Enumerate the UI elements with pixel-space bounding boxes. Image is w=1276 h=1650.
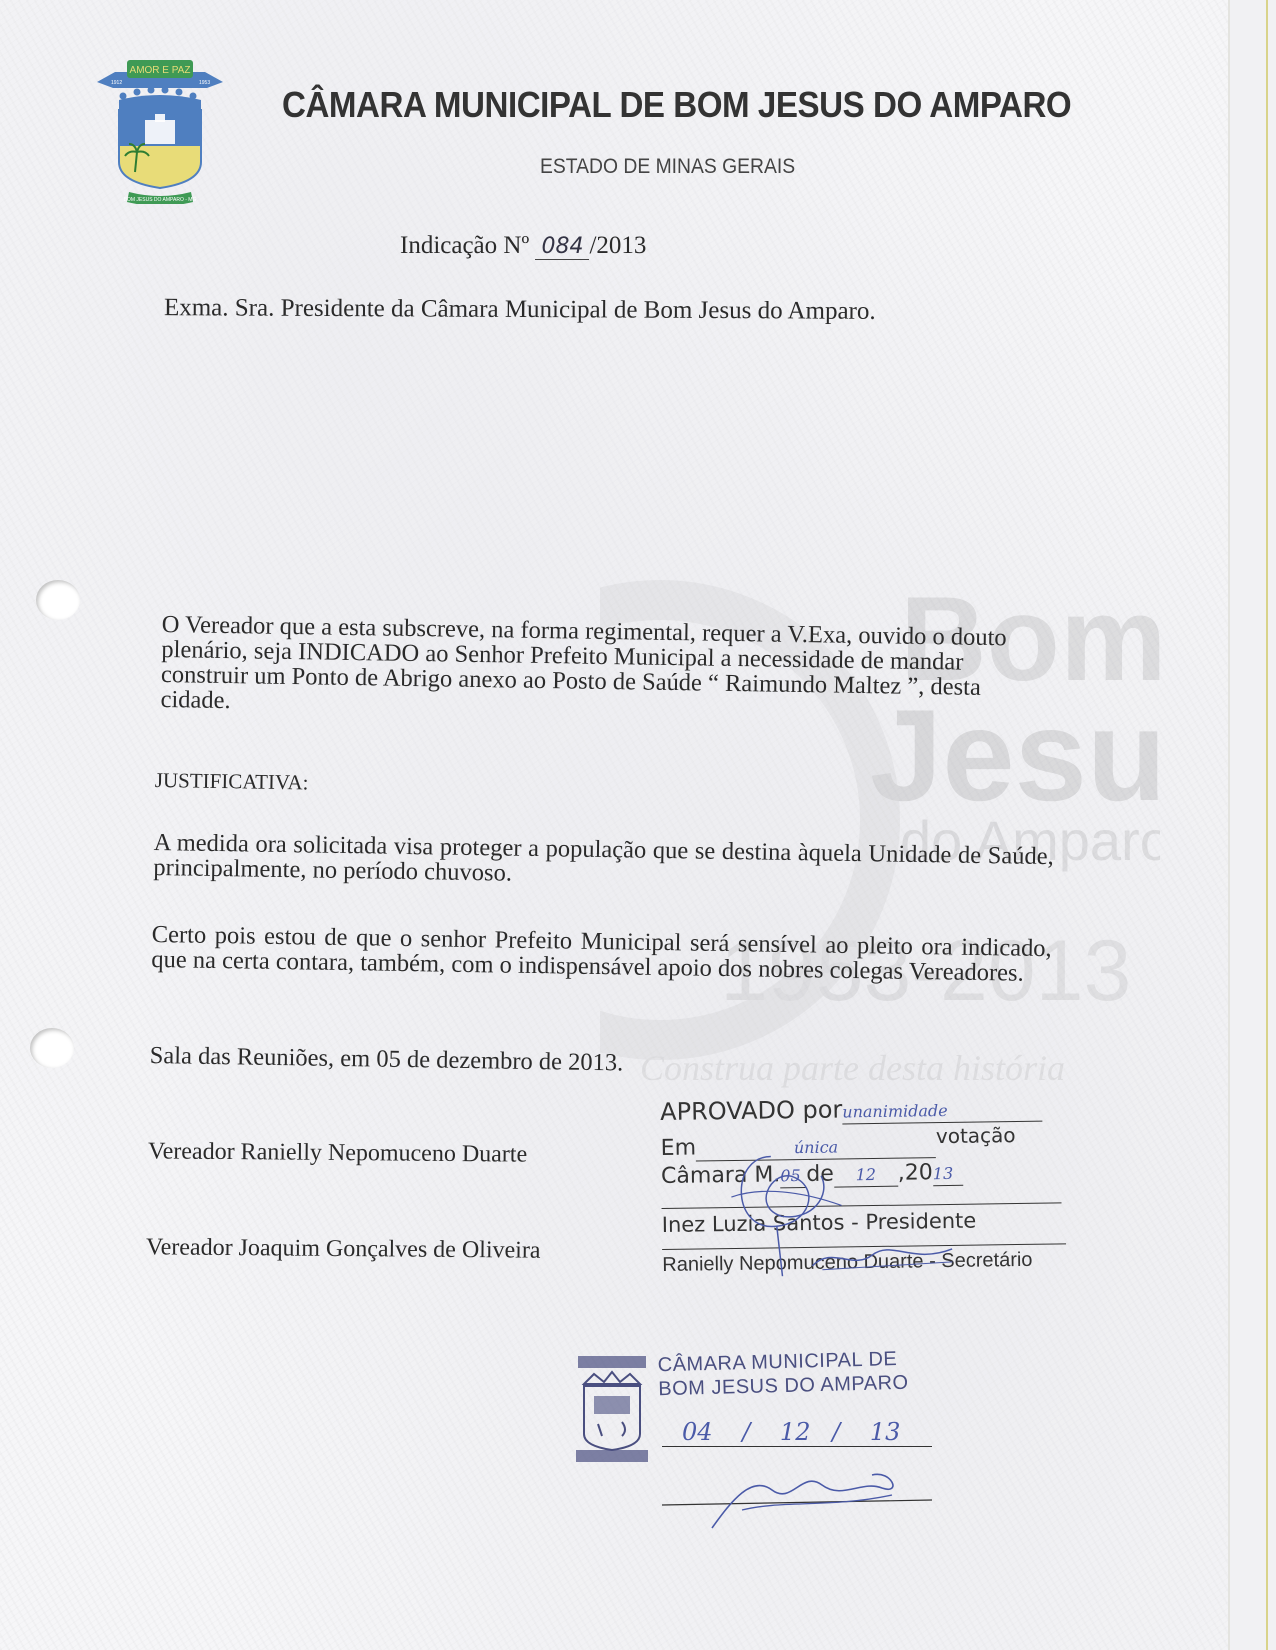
page-subtitle: ESTADO DE MINAS GERAIS <box>540 155 795 179</box>
indicacao-number-line: Indicação Nº 084/2013 <box>400 232 646 260</box>
svg-text:1912: 1912 <box>111 80 122 86</box>
stamp-text: CÂMARA MUNICIPAL DE BOM JESUS DO AMPARO <box>657 1347 908 1402</box>
indicacao-label: Indicação Nº <box>400 232 529 259</box>
em-label: Em <box>661 1136 697 1161</box>
receiver-signature-icon <box>652 1460 942 1530</box>
page-edge-line <box>1266 0 1268 1650</box>
page-title: CÂMARA MUNICIPAL DE BOM JESUS DO AMPARO <box>282 84 1071 126</box>
svg-text:AMOR E PAZ: AMOR E PAZ <box>130 65 191 76</box>
indicacao-number: 084 <box>535 234 589 260</box>
stamp-crest-icon <box>572 1354 652 1464</box>
secretary-signature-icon <box>802 1234 963 1276</box>
stamp-date: 04 / 12 / 13 <box>662 1418 932 1447</box>
request-paragraph: O Vereador que a esta subscreve, na form… <box>160 612 1041 726</box>
punch-hole <box>36 580 80 620</box>
svg-text:BOM JESUS DO AMPARO - MG: BOM JESUS DO AMPARO - MG <box>124 197 197 203</box>
svg-text:1953: 1953 <box>199 80 210 86</box>
punch-hole <box>30 1028 74 1068</box>
votacao-label: votação <box>936 1123 1016 1148</box>
receipt-stamp: CÂMARA MUNICIPAL DE BOM JESUS DO AMPARO … <box>572 1350 942 1530</box>
place-date-line: Sala das Reuniões, em 05 de dezembro de … <box>150 1043 624 1075</box>
aprovado-value: unanimidade <box>842 1101 948 1121</box>
salutation: Exma. Sra. Presidente da Câmara Municipa… <box>164 294 876 326</box>
document-page: AMOR E PAZ 1912 1953 BOM JESUS DO AMPARO… <box>0 0 1231 1650</box>
svg-text:Construa parte desta história: Construa parte desta história <box>640 1048 1065 1088</box>
approval-block: APROVADO porunanimidade Emúnicavotação C… <box>660 1092 1083 1284</box>
justification-heading: JUSTIFICATIVA: <box>155 768 309 795</box>
approval-year: 13 <box>933 1164 954 1183</box>
justification-paragraph: A medida ora solicitada visa proteger a … <box>153 830 1054 894</box>
signatory-2: Vereador Joaquim Gonçalves de Oliveira <box>146 1234 541 1264</box>
aprovado-label: APROVADO por <box>660 1095 842 1126</box>
closing-paragraph: Certo pois estou de que o senhor Prefeit… <box>151 922 1052 986</box>
indicacao-year: /2013 <box>589 232 646 259</box>
year-prefix: ,20 <box>898 1160 933 1185</box>
municipal-crest-icon: AMOR E PAZ 1912 1953 BOM JESUS DO AMPARO… <box>95 52 225 204</box>
page-edge <box>1228 0 1276 1650</box>
signatory-1: Vereador Ranielly Nepomuceno Duarte <box>148 1138 527 1168</box>
